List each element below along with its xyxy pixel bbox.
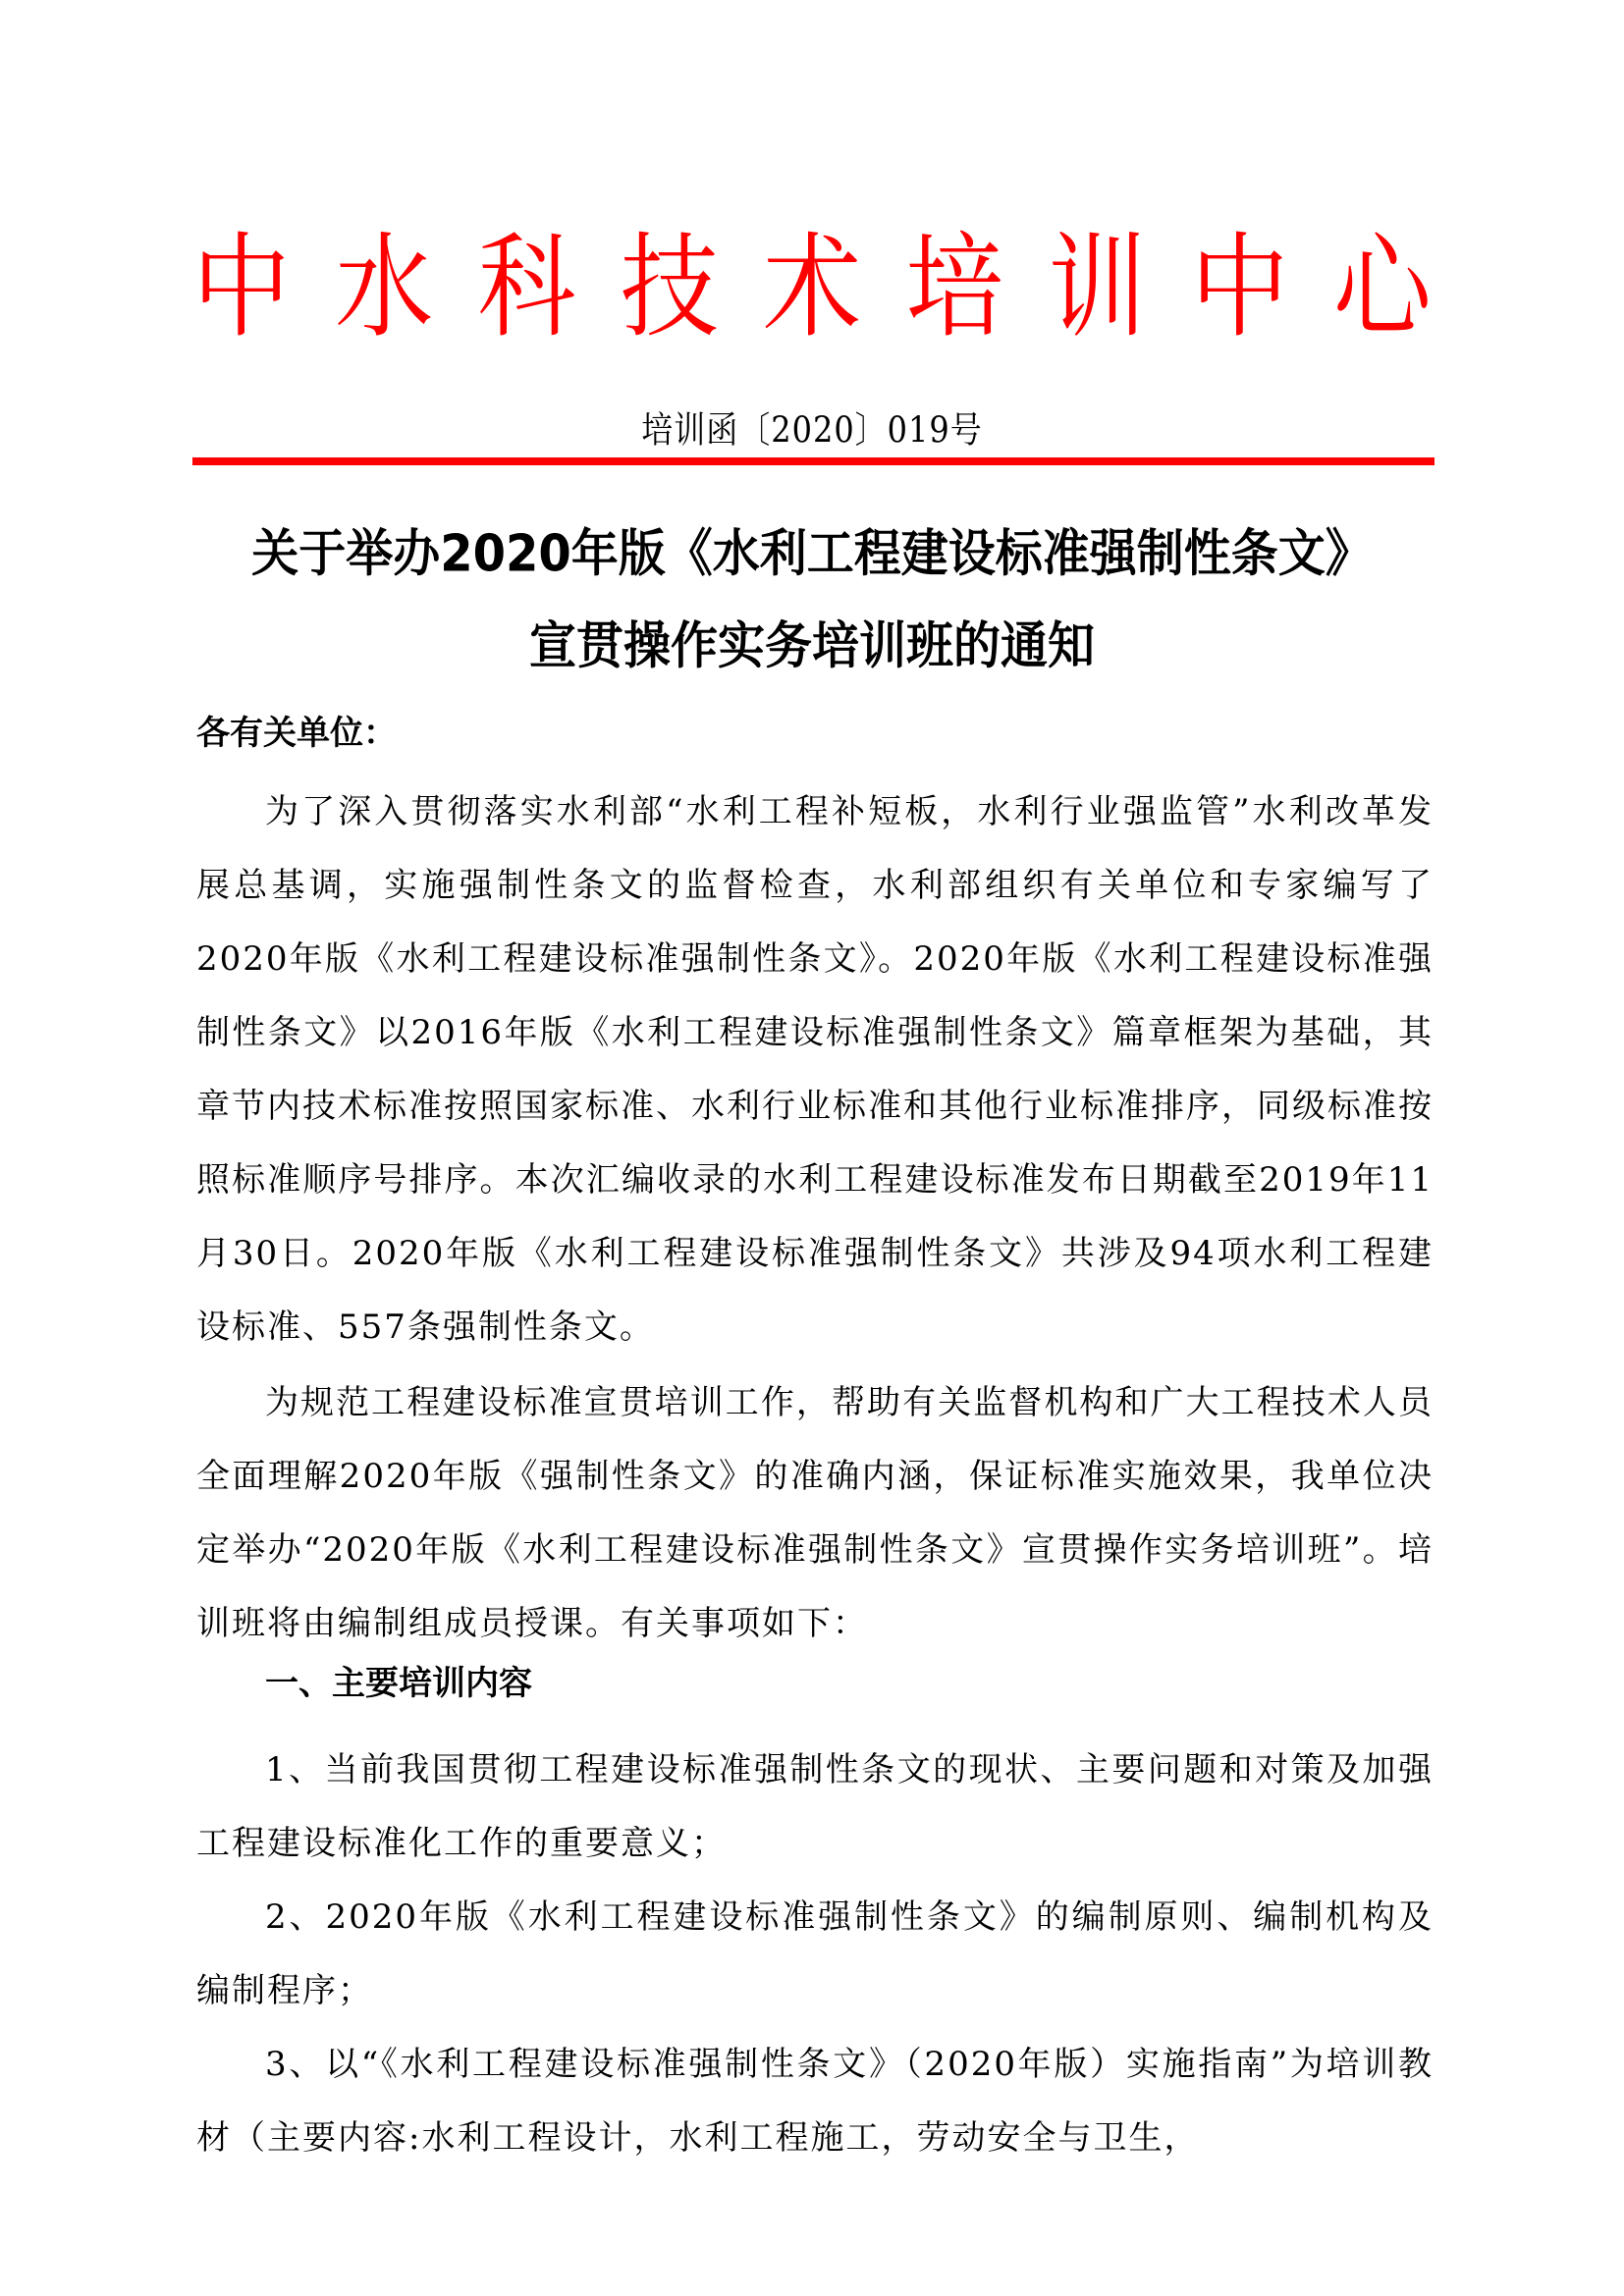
body-paragraph-1: 为了深入贯彻落实水利部“水利工程补短板，水利行业强监管”水利改革发展总基调，实施… — [196, 775, 1434, 1364]
masthead-char: 水 — [335, 214, 433, 361]
masthead-char: 培 — [905, 214, 1003, 361]
masthead-char: 科 — [478, 214, 576, 361]
masthead-char: 技 — [621, 214, 719, 361]
masthead-char: 中 — [1191, 214, 1289, 361]
masthead-char: 术 — [763, 214, 861, 361]
document-page: 中 水 科 技 术 培 训 中 心 培训函〔2020〕019号 关于举办2020… — [0, 0, 1624, 2296]
document-title-line-2: 宣贯操作实务培训班的通知 — [0, 612, 1624, 679]
body-paragraph-2: 为规范工程建设标准宣贯培训工作，帮助有关监督机构和广大工程技术人员全面理解202… — [196, 1366, 1434, 1661]
red-divider-line — [192, 457, 1435, 465]
section-heading: 一、主要培训内容 — [265, 1659, 532, 1708]
masthead-char: 训 — [1049, 214, 1147, 361]
document-title-line-1: 关于举办2020年版《水利工程建设标准强制性条文》 — [0, 519, 1624, 587]
document-number: 培训函〔2020〕019号 — [0, 407, 1624, 453]
org-masthead: 中 水 科 技 术 培 训 中 心 — [192, 224, 1432, 351]
masthead-char: 中 — [192, 214, 291, 361]
salutation: 各有关单位： — [196, 709, 397, 758]
section-item-2: 2、2020年版《水利工程建设标准强制性条文》的编制原则、编制机构及编制程序； — [196, 1881, 1434, 2028]
masthead-char: 心 — [1333, 214, 1432, 361]
section-item-3: 3、以“《水利工程建设标准强制性条文》（2020年版）实施指南”为培训教材（主要… — [196, 2028, 1434, 2175]
section-item-1: 1、当前我国贯彻工程建设标准强制性条文的现状、主要问题和对策及加强工程建设标准化… — [196, 1734, 1434, 1881]
